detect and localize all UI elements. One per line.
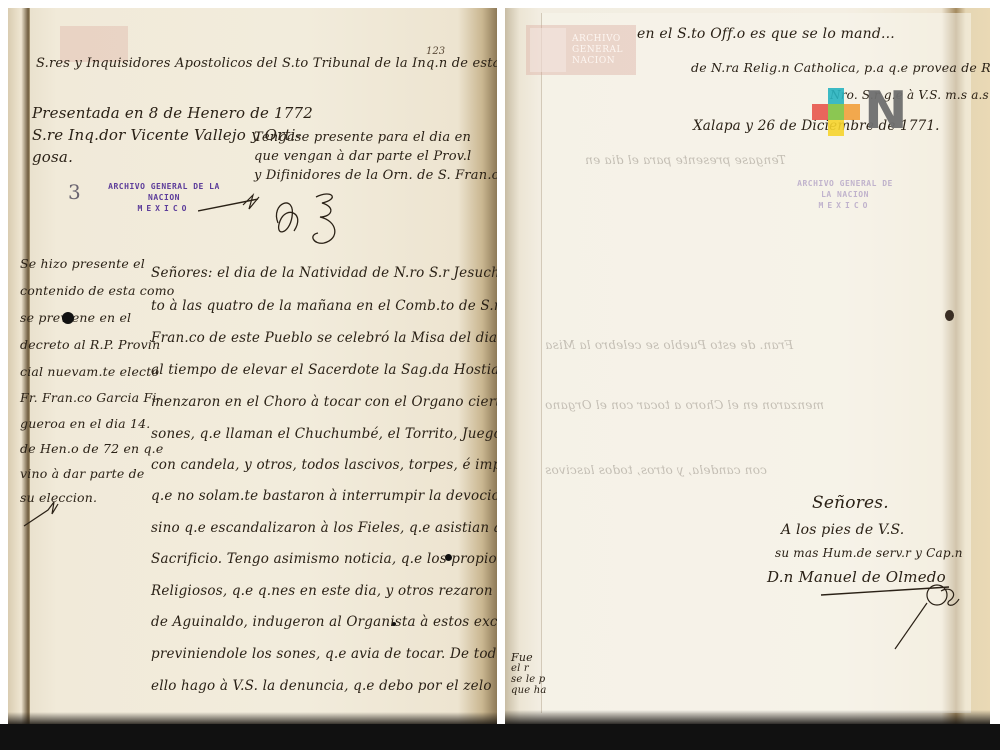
side-note-line-6: Fr. Fran.co Garcia Fi-: [20, 390, 161, 405]
decree-line-1: Tengase presente para el dia en: [254, 130, 471, 145]
body-line-13: previniendole los sones, q.e avia de toc…: [151, 646, 497, 662]
top-line-1: en el S.to Off.o es que se lo mand...: [637, 26, 895, 42]
watermark-text: ARCHIVO GENERAL NACION: [572, 34, 623, 67]
side-note-line-7: gueroa en el dia 14.: [20, 416, 150, 431]
top-line-2: de N.ra Relig.n Catholica, p.a q.e prove…: [691, 60, 990, 75]
broadcaster-logo: N: [812, 88, 912, 140]
bottom-fragment-line-3: se le p: [511, 675, 545, 685]
manuscript-spread: S.res y Inquisidores Apostolicos del S.t…: [0, 0, 1000, 750]
side-note-line-2: contenido de esta como: [20, 283, 175, 298]
archive-watermark: ARCHIVO GENERAL NACION: [526, 25, 636, 75]
margin-note-line-1: Presentada en 8 de Henero de 1772: [32, 104, 313, 122]
ink-blot: [62, 312, 74, 324]
bleed-through-text: Tengase presente para el dia en: [585, 153, 786, 167]
logo-square-yellow: [828, 120, 844, 136]
body-line-5: menzaron en el Choro à tocar con el Orga…: [151, 394, 497, 410]
logo-square-orange: [844, 104, 860, 120]
signature-rubric-icon: [198, 183, 378, 253]
closing-line-2: su mas Hum.de serv.r y Cap.n: [775, 546, 963, 560]
side-note-rubric-icon: [22, 500, 62, 530]
scan-bottom-border: [0, 724, 1000, 750]
side-note-line-5: cial nuevam.te electo: [20, 364, 159, 379]
bleed-through-text: Fran. de esto Pueblo se celebro la Misa: [545, 338, 793, 352]
body-line-1: Señores: el dia de la Natividad de N.ro …: [151, 265, 497, 281]
bleed-through-text: menzaron en el Choro a tocar con el Orga…: [545, 398, 824, 412]
folio-number: 123: [426, 46, 445, 57]
side-note-line-1: Se hizo presente el: [20, 256, 145, 271]
left-page: S.res y Inquisidores Apostolicos del S.t…: [8, 8, 497, 726]
decree-line-3: y Difinidores de la Orn. de S. Fran.co: [254, 168, 497, 183]
signature-rubric-icon: [819, 583, 989, 653]
decree-line-2: que vengan à dar parte el Prov.l: [254, 149, 471, 164]
closing-line-1: A los pies de V.S.: [781, 522, 904, 538]
closing-salutation: Señores.: [812, 493, 889, 513]
ink-blot: [945, 310, 954, 321]
bottom-fragment-line-2: el r: [511, 664, 529, 674]
bottom-fragment-line-4: que ha: [511, 686, 547, 696]
side-note-line-9: vino à dar parte de: [20, 466, 144, 481]
body-line-10: Sacrificio. Tengo asimismo noticia, q.e …: [151, 551, 497, 567]
bleed-through-text: con candela, y otros, todos lascivos: [545, 463, 767, 477]
body-line-6: sones, q.e llaman el Chuchumbé, el Torri…: [151, 426, 497, 442]
archive-stamp-bleed: ARCHIVO GENERAL DE LA NACION MEXICO: [795, 178, 895, 211]
sheet-number: 3: [68, 180, 81, 204]
logo-letter: N: [864, 88, 912, 134]
bottom-fragment-line-1: Fue: [511, 652, 533, 663]
body-line-14: ello hago à V.S. la denuncia, q.e debo p…: [151, 678, 492, 694]
side-note-line-3: se previene en el: [20, 310, 131, 325]
gutter: [497, 0, 505, 750]
margin-note-line-3: gosa.: [32, 148, 73, 166]
body-line-8: q.e no solam.te bastaron à interrumpir l…: [151, 488, 497, 504]
right-page: ARCHIVO GENERAL NACION en el S.to Off.o …: [505, 8, 990, 726]
body-line-2: to à las quatro de la mañana en el Comb.…: [151, 298, 497, 314]
logo-square-green: [828, 104, 844, 120]
body-line-3: Fran.co de este Pueblo se celebró la Mis…: [151, 330, 497, 346]
logo-square-red: [812, 104, 828, 120]
side-note-line-8: de Hen.o de 72 en q.e: [20, 441, 163, 456]
header-line: S.res y Inquisidores Apostolicos del S.t…: [36, 56, 497, 71]
body-line-4: al tiempo de elevar el Sacerdote la Sag.…: [151, 362, 497, 378]
body-line-11: Religiosos, q.e q.nes en este dia, y otr…: [151, 583, 497, 599]
body-line-7: con candela, y otros, todos lascivos, to…: [151, 457, 497, 473]
body-line-12: de Aguinaldo, indugeron al Organista à e…: [151, 614, 497, 630]
logo-square-teal: [828, 88, 844, 104]
body-line-9: sino q.e escandalizaron à los Fieles, q.…: [151, 520, 497, 536]
archive-emblem-icon: [530, 28, 566, 72]
side-note-line-4: decreto al R.P. Provin: [20, 337, 160, 352]
